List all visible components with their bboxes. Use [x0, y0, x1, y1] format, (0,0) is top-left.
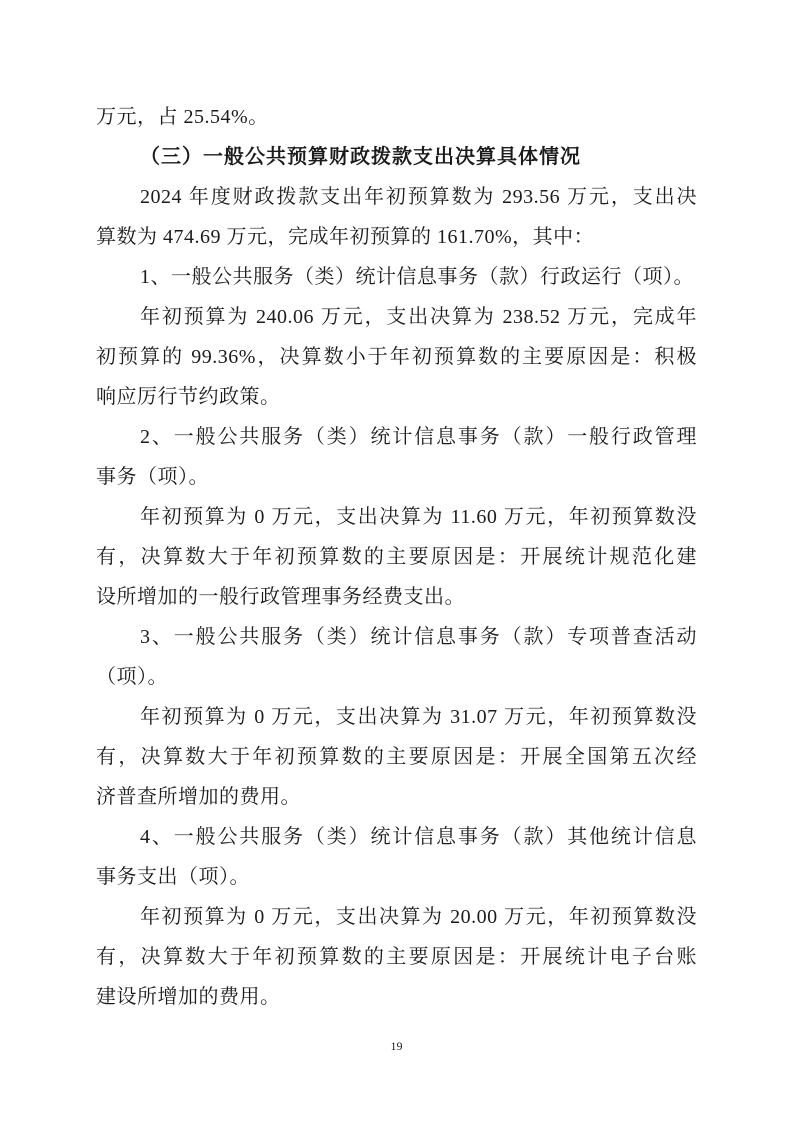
text-line: 有，决算数大于年初预算数的主要原因是：开展统计规范化建 [96, 537, 697, 577]
text-line: 4、一般公共服务（类）统计信息事务（款）其他统计信息 [96, 817, 697, 857]
page-number: 19 [0, 1038, 793, 1054]
text-line: 1、一般公共服务（类）统计信息事务（款）行政运行（项）。 [96, 257, 697, 297]
document-content: 万元，占 25.54%。（三）一般公共预算财政拨款支出决算具体情况2024 年度… [96, 97, 697, 1017]
text-line: 年初预算为 0 万元，支出决算为 31.07 万元，年初预算数没 [96, 697, 697, 737]
section-heading: （三）一般公共预算财政拨款支出决算具体情况 [96, 137, 697, 177]
text-line: 响应厉行节约政策。 [96, 377, 697, 417]
text-line: 济普查所增加的费用。 [96, 777, 697, 817]
text-line: 算数为 474.69 万元，完成年初预算的 161.70%，其中： [96, 217, 697, 257]
text-line: 2024 年度财政拨款支出年初预算数为 293.56 万元，支出决 [96, 177, 697, 217]
text-line: 建设所增加的费用。 [96, 977, 697, 1017]
text-line: 事务（项）。 [96, 457, 697, 497]
text-line: 年初预算为 0 万元，支出决算为 11.60 万元，年初预算数没 [96, 497, 697, 537]
text-line: 初预算的 99.36%，决算数小于年初预算数的主要原因是：积极 [96, 337, 697, 377]
text-line: （项）。 [96, 657, 697, 697]
text-line: 2、一般公共服务（类）统计信息事务（款）一般行政管理 [96, 417, 697, 457]
document-page: 万元，占 25.54%。（三）一般公共预算财政拨款支出决算具体情况2024 年度… [0, 0, 793, 1122]
text-line: 设所增加的一般行政管理事务经费支出。 [96, 577, 697, 617]
text-line: 有，决算数大于年初预算数的主要原因是：开展全国第五次经 [96, 737, 697, 777]
text-line: 年初预算为 0 万元，支出决算为 20.00 万元，年初预算数没 [96, 897, 697, 937]
text-line: 有，决算数大于年初预算数的主要原因是：开展统计电子台账 [96, 937, 697, 977]
text-line: 事务支出（项）。 [96, 857, 697, 897]
text-line: 3、一般公共服务（类）统计信息事务（款）专项普查活动 [96, 617, 697, 657]
text-line: 年初预算为 240.06 万元，支出决算为 238.52 万元，完成年 [96, 297, 697, 337]
text-line: 万元，占 25.54%。 [96, 97, 697, 137]
